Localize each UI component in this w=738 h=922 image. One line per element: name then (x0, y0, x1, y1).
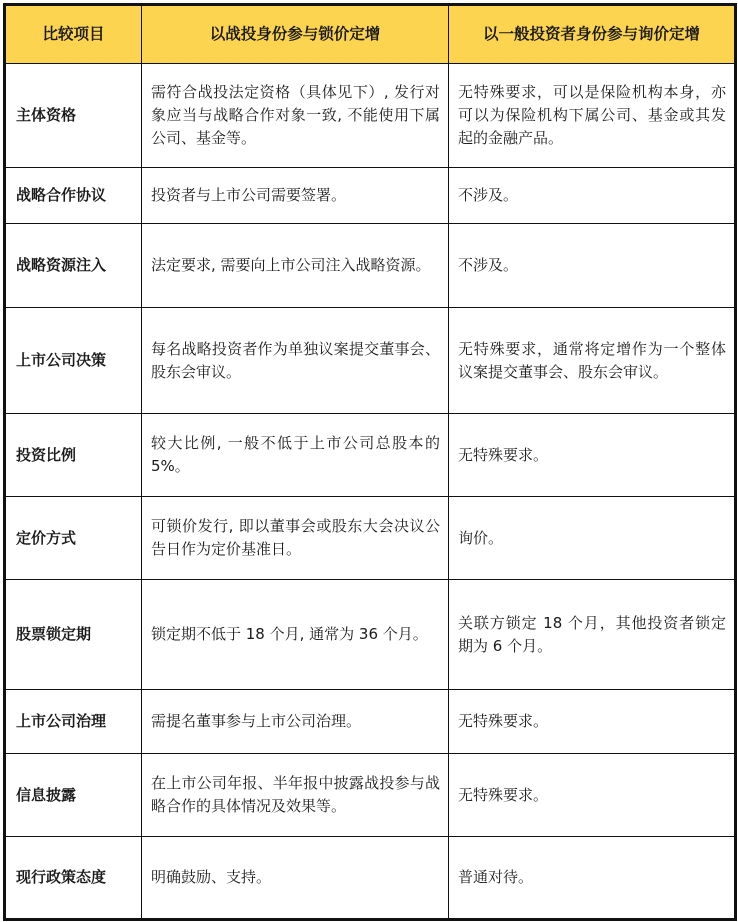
header-item: 比较项目 (5, 5, 142, 64)
table-row: 战略合作协议 投资者与上市公司需要签署。 不涉及。 (5, 168, 736, 224)
row-item: 主体资格 (5, 64, 142, 168)
row-item: 战略资源注入 (5, 224, 142, 308)
table-row: 上市公司治理 需提名董事参与上市公司治理。 无特殊要求。 (5, 690, 736, 754)
table-row: 股票锁定期 锁定期不低于 18 个月, 通常为 36 个月。 关联方锁定 18 … (5, 580, 736, 690)
header-general: 以一般投资者身份参与询价定增 (449, 5, 736, 64)
row-item: 股票锁定期 (5, 580, 142, 690)
strategic-value: 较大比例, 一般不低于上市公司总股本的 5%。 (142, 414, 449, 497)
table-row: 上市公司决策 每名战略投资者作为单独议案提交董事会、股东会审议。 无特殊要求，通… (5, 308, 736, 414)
table-row: 现行政策态度 明确鼓励、支持。 普通对待。 (5, 837, 736, 920)
general-value: 无特殊要求。 (449, 414, 736, 497)
general-value: 关联方锁定 18 个月，其他投资者锁定期为 6 个月。 (449, 580, 736, 690)
general-value: 无特殊要求，通常将定增作为一个整体议案提交董事会、股东会审议。 (449, 308, 736, 414)
strategic-value: 明确鼓励、支持。 (142, 837, 449, 920)
table-row: 战略资源注入 法定要求, 需要向上市公司注入战略资源。 不涉及。 (5, 224, 736, 308)
strategic-value: 需符合战投法定资格（具体见下）, 发行对象应当与战略合作对象一致, 不能使用下属… (142, 64, 449, 168)
strategic-value: 锁定期不低于 18 个月, 通常为 36 个月。 (142, 580, 449, 690)
strategic-value: 需提名董事参与上市公司治理。 (142, 690, 449, 754)
comparison-table: 比较项目 以战投身份参与锁价定增 以一般投资者身份参与询价定增 主体资格 需符合… (3, 3, 737, 921)
table-row: 信息披露 在上市公司年报、半年报中披露战投参与战略合作的具体情况及效果等。 无特… (5, 754, 736, 837)
row-item: 战略合作协议 (5, 168, 142, 224)
strategic-value: 投资者与上市公司需要签署。 (142, 168, 449, 224)
general-value: 无特殊要求，可以是保险机构本身，亦可以为保险机构下属公司、基金或其发起的金融产品… (449, 64, 736, 168)
general-value: 普通对待。 (449, 837, 736, 920)
general-value: 询价。 (449, 497, 736, 580)
row-item: 上市公司决策 (5, 308, 142, 414)
row-item: 定价方式 (5, 497, 142, 580)
general-value: 无特殊要求。 (449, 754, 736, 837)
row-item: 投资比例 (5, 414, 142, 497)
row-item: 上市公司治理 (5, 690, 142, 754)
strategic-value: 每名战略投资者作为单独议案提交董事会、股东会审议。 (142, 308, 449, 414)
header-strategic: 以战投身份参与锁价定增 (142, 5, 449, 64)
strategic-value: 在上市公司年报、半年报中披露战投参与战略合作的具体情况及效果等。 (142, 754, 449, 837)
header-row: 比较项目 以战投身份参与锁价定增 以一般投资者身份参与询价定增 (5, 5, 736, 64)
table-row: 主体资格 需符合战投法定资格（具体见下）, 发行对象应当与战略合作对象一致, 不… (5, 64, 736, 168)
general-value: 不涉及。 (449, 224, 736, 308)
general-value: 无特殊要求。 (449, 690, 736, 754)
table-row: 定价方式 可锁价发行, 即以董事会或股东大会决议公告日作为定价基准日。 询价。 (5, 497, 736, 580)
strategic-value: 可锁价发行, 即以董事会或股东大会决议公告日作为定价基准日。 (142, 497, 449, 580)
row-item: 现行政策态度 (5, 837, 142, 920)
strategic-value: 法定要求, 需要向上市公司注入战略资源。 (142, 224, 449, 308)
table-row: 投资比例 较大比例, 一般不低于上市公司总股本的 5%。 无特殊要求。 (5, 414, 736, 497)
row-item: 信息披露 (5, 754, 142, 837)
general-value: 不涉及。 (449, 168, 736, 224)
